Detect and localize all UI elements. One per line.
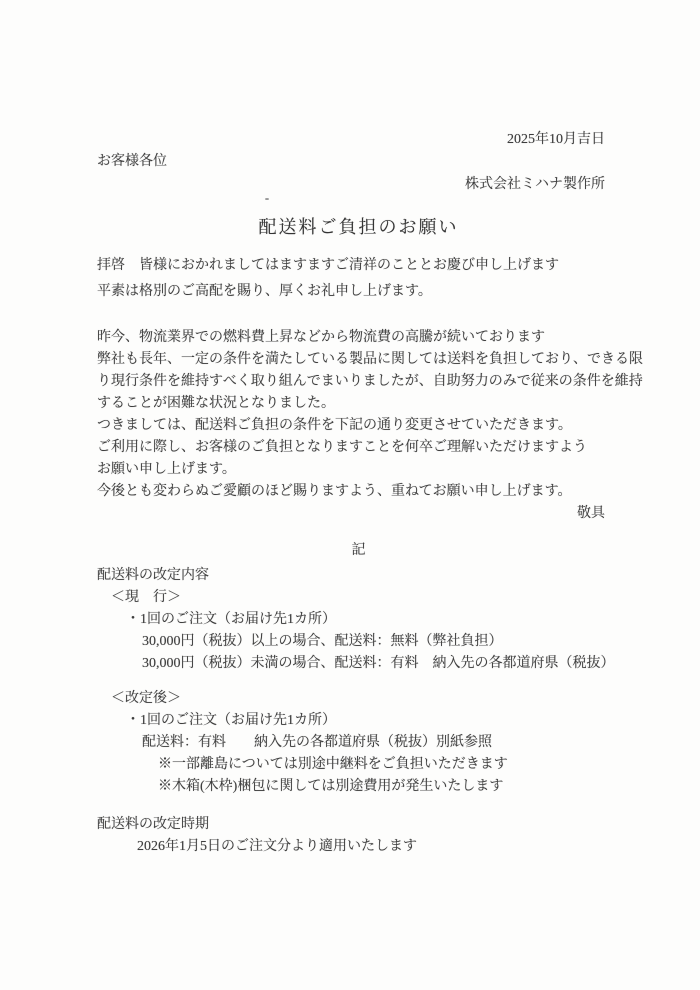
greeting-line-2: 平素は格別のご高配を賜り、厚くお礼申し上げます。 (97, 279, 620, 305)
body-line-7: お願い申し上げます。 (97, 459, 620, 481)
current-order-item: ・1回のご注文（お届け先1カ所） (97, 609, 620, 631)
greeting-line-1: 拝啓 皆様におかれましてはますますご清祥のこととお慶び申し上げます (97, 253, 620, 279)
body-paragraph: 昨今、物流業界での燃料費上昇などから物流費の高騰が続いております 弊社も長年、一… (97, 327, 620, 503)
revision-heading: 配送料の改定内容 (97, 565, 620, 587)
closing-keigu: 敬具 (97, 503, 605, 525)
revised-detail-paid: 配送料：有料 納入先の各都道府県（税抜）別紙参照 (97, 732, 620, 754)
body-line-2: 弊社も長年、一定の条件を満たしている製品に関しては送料を負担しており、できる限 (97, 349, 620, 371)
body-line-4: することが困難な状況となりました。 (97, 393, 620, 415)
record-marker-ki: 記 (97, 540, 620, 562)
revised-note-islands: ※一部離島については別途中継料をご負担いただきます (97, 754, 620, 776)
letter-title: 配送料ご負担のお願い (97, 213, 620, 241)
letter-sender: 株式会社ミハナ製作所 (97, 175, 605, 195)
current-detail-paid: 30,000円（税抜）未満の場合、配送料：有料 納入先の各都道府県（税抜） (97, 653, 620, 675)
body-line-1: 昨今、物流業界での燃料費上昇などから物流費の高騰が続いております (97, 327, 620, 349)
body-line-5: つきましては、配送料ご負担の条件を下記の通り変更させていただきます。 (97, 415, 620, 437)
revised-order-item: ・1回のご注文（お届け先1カ所） (97, 710, 620, 732)
schedule-heading: 配送料の改定時期 (97, 814, 620, 836)
current-detail-free: 30,000円（税抜）以上の場合、配送料：無料（弊社負担） (97, 631, 620, 653)
greeting-paragraph: 拝啓 皆様におかれましてはますますご清祥のこととお慶び申し上げます 平素は格別の… (97, 253, 620, 305)
scan-speck-artifact (265, 198, 269, 200)
current-label: ＜現 行＞ (97, 587, 620, 609)
body-line-8: 今後とも変わらぬご愛顧のほど賜りますよう、重ねてお願い申し上げます。 (97, 481, 620, 503)
body-line-3: り現行条件を維持すべく取り組んでまいりましたが、自助努力のみで従来の条件を維持 (97, 371, 620, 393)
body-line-6: ご利用に際し、お客様のご負担となりますことを何卒ご理解いただけますよう (97, 437, 620, 459)
letter-date: 2025年10月吉日 (97, 130, 605, 150)
schedule-detail: 2026年1月5日のご注文分より適用いたします (97, 836, 620, 858)
scanned-letter-page: 2025年10月吉日 お客様各位 株式会社ミハナ製作所 配送料ご負担のお願い 拝… (0, 0, 700, 990)
letter-recipient: お客様各位 (97, 152, 620, 172)
revised-note-crate: ※木箱(木枠)梱包に関しては別途費用が発生いたします (97, 776, 620, 798)
revised-label: ＜改定後＞ (97, 688, 620, 710)
